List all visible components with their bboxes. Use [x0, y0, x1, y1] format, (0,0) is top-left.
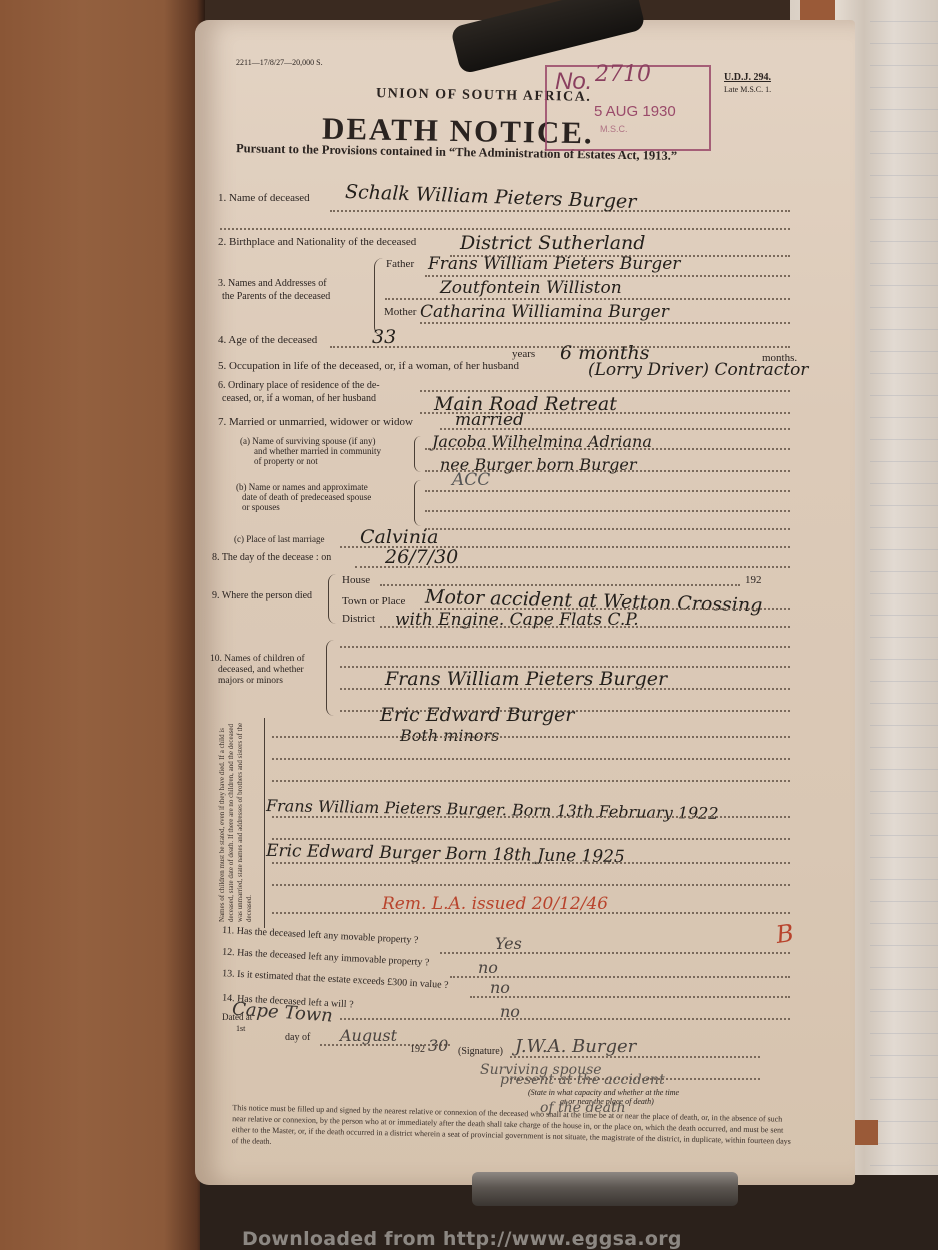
dated-day-value: 1st: [236, 1024, 245, 1033]
year-label: 192: [410, 1044, 425, 1055]
parents-label-1: 3. Names and Addresses of: [218, 278, 327, 289]
child-1-value: Frans William Pieters Burger: [385, 668, 667, 690]
spouse-value-3: ACC: [452, 470, 490, 490]
dotted-line: [385, 298, 790, 300]
decease-year-suffix: 192: [745, 574, 762, 586]
sidenote-bracket: [264, 718, 271, 928]
year-value: 30: [428, 1036, 448, 1055]
dotted-line: [420, 322, 790, 324]
dotted-line: [220, 228, 790, 230]
parents-address-value: Zoutfontein Williston: [440, 278, 622, 298]
ruled-lines: [870, 0, 938, 1190]
stamp-no-label: No.: [555, 68, 592, 96]
dotted-line: [340, 1018, 790, 1020]
town-label: Town or Place: [342, 595, 405, 607]
decease-date-value: 26/7/30: [385, 546, 458, 568]
form-code: U.D.J. 294.: [724, 72, 771, 83]
red-initial: B: [774, 919, 795, 949]
dotted-line: [272, 736, 790, 738]
brace: [414, 480, 421, 526]
parents-label-2: the Parents of the deceased: [222, 291, 330, 302]
watermark: Downloaded from http://www.eggsa.org: [242, 1228, 682, 1250]
birthplace-value: District Sutherland: [460, 232, 645, 254]
spouse-label-1: (a) Name of surviving spouse (if any): [240, 436, 375, 446]
decease-date-label: 8. The day of the decease : on: [212, 552, 331, 563]
dotted-line: [510, 1056, 760, 1058]
residence-label-1: 6. Ordinary place of residence of the de…: [218, 380, 380, 391]
brace: [374, 258, 383, 336]
brace: [326, 640, 334, 716]
last-marriage-value: Calvinia: [360, 526, 438, 548]
dotted-line: [470, 996, 790, 998]
marital-value: married: [455, 410, 524, 430]
dotted-line: [340, 646, 790, 648]
dotted-line: [425, 490, 790, 492]
dotted-line: [420, 390, 790, 392]
dotted-line: [272, 816, 790, 818]
occupation-label: 5. Occupation in life of the deceased, o…: [218, 360, 519, 372]
dotted-line: [425, 275, 790, 277]
years-label: years: [512, 348, 535, 360]
predeceased-label-1: (b) Name or names and approximate: [236, 482, 368, 492]
estate-value-value: no: [490, 978, 510, 997]
print-code: 2211—17/8/27—20,000 S.: [236, 58, 323, 67]
dotted-line: [272, 862, 790, 864]
age-label: 4. Age of the deceased: [218, 334, 317, 346]
immovable-value: no: [478, 958, 498, 977]
mother-value: Catharina Williamina Burger: [420, 302, 669, 322]
stamp-number: 2710: [595, 62, 651, 87]
capacity-hint-1: (State in what capacity and whether at t…: [528, 1088, 679, 1097]
residence-label-2: ceased, or, if a woman, of her husband: [222, 393, 376, 404]
signature-value: J.W.A. Burger: [515, 1036, 636, 1057]
occupation-value: (Lorry Driver) Contractor: [588, 360, 808, 380]
children-label-3: majors or minors: [218, 676, 283, 686]
children-label-1: 10. Names of children of: [210, 654, 305, 664]
red-annotation: Rem. L.A. issued 20/12/46: [382, 894, 608, 914]
house-label: House: [342, 574, 370, 586]
brace: [414, 436, 421, 472]
mother-label: Mother: [384, 306, 416, 318]
dotted-line: [425, 528, 790, 530]
child-2-value: Eric Edward Burger: [380, 704, 574, 726]
last-marriage-label: (c) Place of last marriage: [234, 534, 324, 544]
capacity-line-2: present at the accident: [500, 1072, 665, 1088]
stamp-date: 5 AUG 1930: [594, 103, 676, 120]
form-code-sub: Late M.S.C. 1.: [724, 85, 771, 94]
sidenote-instructions: Names of children must be stated, even i…: [218, 712, 254, 922]
dotted-line: [272, 838, 790, 840]
binder-clip-bottom: [472, 1172, 738, 1206]
dotted-line: [425, 510, 790, 512]
spouse-label-2: and whether married in community: [254, 446, 381, 456]
district-label: District: [342, 613, 375, 625]
dotted-line: [425, 448, 790, 450]
predeceased-label-2: date of death of predeceased spouse: [242, 492, 371, 502]
father-label: Father: [386, 258, 414, 270]
predeceased-label-3: or spouses: [242, 502, 280, 512]
signature-label: (Signature): [458, 1046, 503, 1057]
dotted-line: [272, 758, 790, 760]
movable-value: Yes: [495, 934, 522, 953]
name-label: 1. Name of deceased: [218, 192, 310, 204]
folder-cover: [0, 0, 205, 1250]
father-value: Frans William Pieters Burger: [428, 254, 680, 274]
day-of-value: August: [340, 1026, 397, 1045]
stamp-sub: M.S.C.: [600, 124, 628, 134]
dotted-line: [272, 884, 790, 886]
day-of-label: day of: [285, 1032, 310, 1043]
spouse-label-3: of property or not: [254, 456, 318, 466]
dotted-line: [380, 626, 790, 628]
birthplace-label: 2. Birthplace and Nationality of the dec…: [218, 236, 416, 248]
dotted-line: [272, 912, 790, 914]
dotted-line: [340, 688, 790, 690]
marital-label: 7. Married or unmarried, widower or wido…: [218, 416, 413, 428]
age-years-value: 33: [372, 326, 396, 348]
children-label-2: deceased, and whether: [218, 665, 304, 675]
place-died-label: 9. Where the person died: [212, 590, 312, 601]
dotted-line: [440, 952, 790, 954]
brace: [328, 574, 336, 624]
dotted-line: [272, 780, 790, 782]
